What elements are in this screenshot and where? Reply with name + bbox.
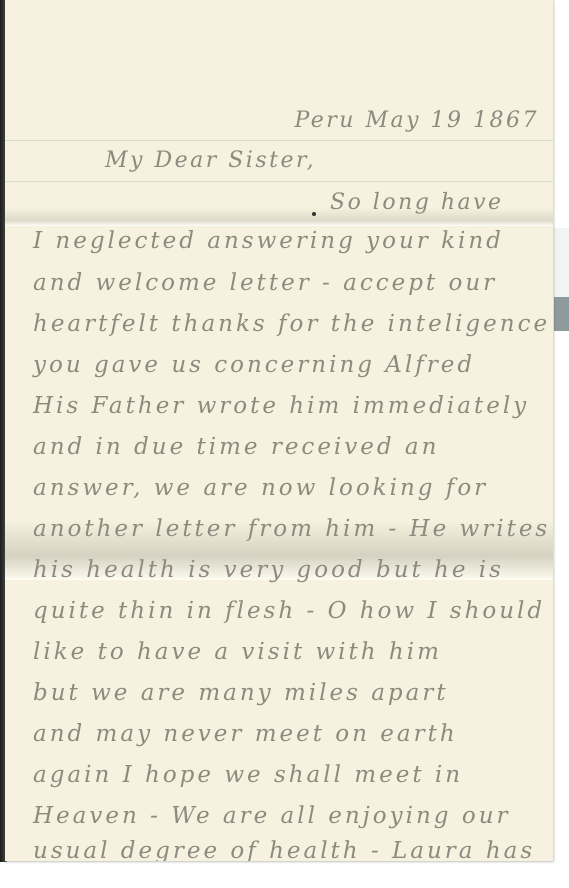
letter-line: Heaven - We are all enjoying our: [5, 803, 541, 829]
letter-line: and in due time received an: [5, 434, 541, 460]
letter-line: and may never meet on earth: [5, 721, 541, 747]
letter-line: like to have a visit with him: [5, 639, 541, 665]
letter-line: and welcome letter - accept our: [5, 270, 541, 296]
ruled-line: [5, 140, 553, 141]
letter-line: but we are many miles apart: [5, 680, 541, 706]
letter-dateline: Peru May 19 1867: [5, 108, 553, 133]
letter-line: heartfelt thanks for the inteligence: [5, 311, 541, 337]
letter-page: Peru May 19 1867 My Dear Sister, So long…: [5, 0, 554, 861]
letter-line: quite thin in flesh - O how I should: [5, 598, 541, 624]
letter-line: I neglected answering your kind: [5, 228, 541, 254]
letter-line: His Father wrote him immediately: [5, 393, 541, 419]
ruled-line: [5, 181, 553, 182]
letter-line: his health is very good but he is: [5, 557, 541, 583]
letter-salutation: My Dear Sister,: [5, 148, 554, 173]
letter-line: answer, we are now looking for: [5, 475, 541, 501]
scan-background-strip: [554, 228, 569, 297]
letter-line: you gave us concerning Alfred: [5, 352, 541, 378]
letter-line: again I hope we shall meet in: [5, 762, 541, 788]
letter-line: another letter from him - He writes: [5, 516, 541, 542]
letter-line: usual degree of health - Laura has: [5, 838, 541, 861]
letter-opening: So long have: [5, 190, 554, 215]
scan-background-strip-dark: [554, 297, 569, 331]
